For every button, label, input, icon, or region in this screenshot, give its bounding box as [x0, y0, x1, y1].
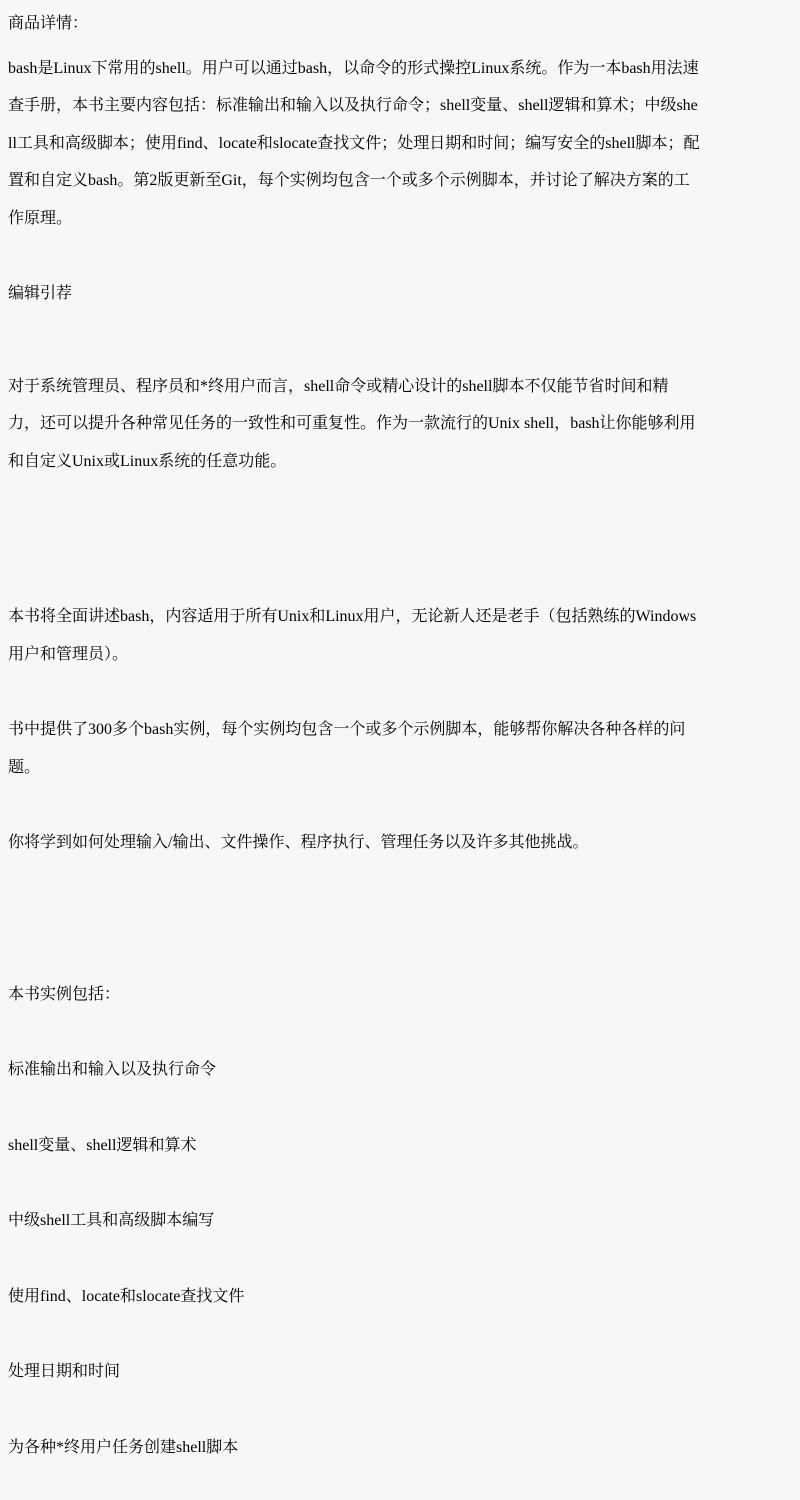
example-item: shell变量、shell逻辑和算术	[8, 1127, 700, 1165]
editors-note-paragraph: 本书将全面讲述bash，内容适用于所有Unix和Linux用户，无论新人还是老手…	[8, 598, 700, 673]
editors-note-paragraph: 对于系统管理员、程序员和*终用户而言，shell命令或精心设计的shell脚本不…	[8, 368, 700, 481]
examples-heading: 本书实例包括：	[8, 976, 700, 1014]
product-description-page: 商品详情： bash是Linux下常用的shell。用户可以通过bash，以命令…	[0, 0, 800, 1500]
section-title: 商品详情：	[8, 5, 700, 43]
editors-note-heading: 编辑引荐	[8, 275, 700, 313]
example-item: 标准输出和输入以及执行命令	[8, 1051, 700, 1089]
example-item: 中级shell工具和高级脚本编写	[8, 1202, 700, 1240]
overview-paragraph: bash是Linux下常用的shell。用户可以通过bash，以命令的形式操控L…	[8, 50, 700, 238]
example-item: 为各种*终用户任务创建shell脚本	[8, 1429, 700, 1467]
editors-note-paragraph: 书中提供了300多个bash实例，每个实例均包含一个或多个示例脚本，能够帮你解决…	[8, 711, 700, 786]
example-item: 处理日期和时间	[8, 1353, 700, 1391]
example-item: 使用find、locate和slocate查找文件	[8, 1278, 700, 1316]
editors-note-paragraph: 你将学到如何处理输入/输出、文件操作、程序执行、管理任务以及许多其他挑战。	[8, 824, 700, 862]
